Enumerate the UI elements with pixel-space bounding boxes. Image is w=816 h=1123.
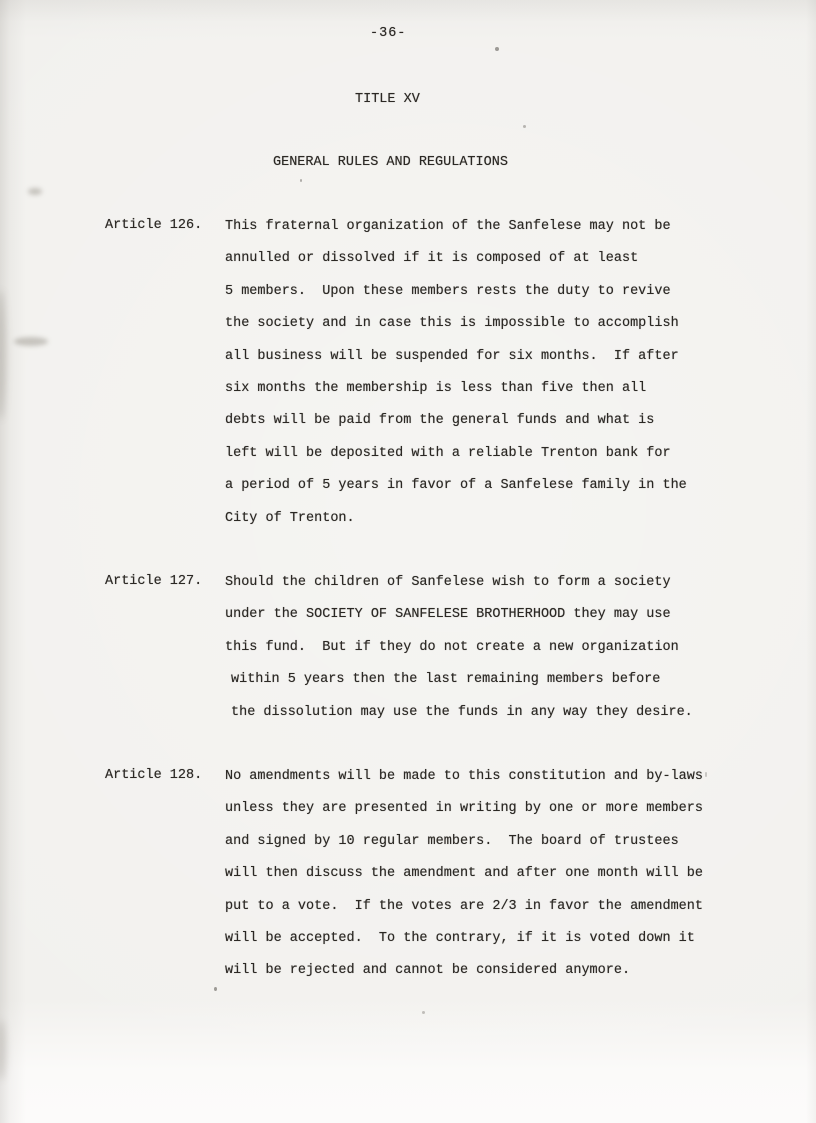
scan-speck [300, 179, 302, 182]
article-label: Article 128. [105, 768, 202, 783]
typed-line: the dissolution may use the funds in any… [225, 704, 816, 736]
article-body: No amendments will be made to this const… [225, 768, 816, 995]
section-heading: GENERAL RULES AND REGULATIONS [273, 155, 508, 170]
page-number: -36- [370, 26, 406, 41]
article-128: Article 128. No amendments will be made … [0, 768, 816, 995]
page-title: TITLE XV [355, 92, 420, 107]
article-126: Article 126. This fraternal organization… [0, 218, 816, 542]
typed-line: all business will be suspended for six m… [225, 348, 816, 380]
typed-line: this fund. But if they do not create a n… [225, 639, 816, 671]
typed-line: No amendments will be made to this const… [225, 768, 816, 800]
article-body: This fraternal organization of the Sanfe… [225, 218, 816, 542]
typed-line: annulled or dissolved if it is composed … [225, 250, 816, 282]
typed-line: put to a vote. If the votes are 2/3 in f… [225, 898, 816, 930]
typed-line: will be rejected and cannot be considere… [225, 962, 816, 994]
typed-line: and signed by 10 regular members. The bo… [225, 833, 816, 865]
scan-smudge [28, 188, 42, 195]
article-label: Article 126. [105, 218, 202, 233]
article-body: Should the children of Sanfelese wish to… [225, 574, 816, 736]
scan-smudge [0, 1020, 6, 1080]
typed-line: 5 members. Upon these members rests the … [225, 283, 816, 315]
typed-line: six months the membership is less than f… [225, 380, 816, 412]
typed-line: a period of 5 years in favor of a Sanfel… [225, 477, 816, 509]
typed-line: Should the children of Sanfelese wish to… [225, 574, 816, 606]
typed-line: This fraternal organization of the Sanfe… [225, 218, 816, 250]
scan-speck [495, 47, 499, 51]
typed-line: City of Trenton. [225, 510, 816, 542]
typed-line: the society and in case this is impossib… [225, 315, 816, 347]
typed-line: under the SOCIETY OF SANFELESE BROTHERHO… [225, 606, 816, 638]
scanned-document-page: -36- TITLE XV GENERAL RULES AND REGULATI… [0, 0, 816, 1123]
typed-line: within 5 years then the last remaining m… [225, 671, 816, 703]
typed-line: unless they are presented in writing by … [225, 800, 816, 832]
typed-line: left will be deposited with a reliable T… [225, 445, 816, 477]
typed-line: will be accepted. To the contrary, if it… [225, 930, 816, 962]
article-label: Article 127. [105, 574, 202, 589]
article-127: Article 127. Should the children of Sanf… [0, 574, 816, 736]
typed-line: will then discuss the amendment and afte… [225, 865, 816, 897]
scan-speck [523, 125, 526, 128]
scan-speck [422, 1011, 425, 1014]
typed-line: debts will be paid from the general fund… [225, 412, 816, 444]
